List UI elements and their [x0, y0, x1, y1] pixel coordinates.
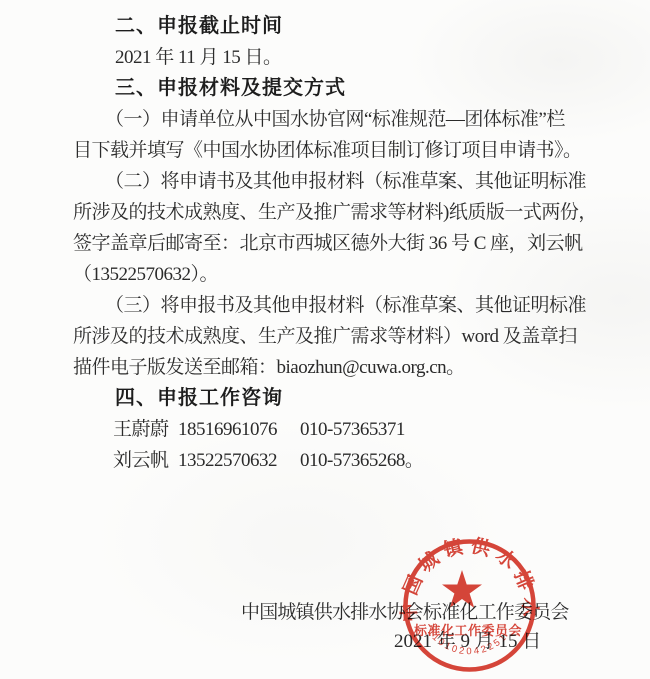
contact-name: 刘云帆: [113, 445, 178, 476]
contact-name: 王蔚蔚: [113, 414, 178, 445]
paragraph-2-line-1: （二）将申请书及其他申报材料（标准草案、其他证明标准: [73, 166, 585, 197]
section-heading-materials: 三、申报材料及提交方式: [73, 73, 585, 104]
paragraph-3-line-2: 所涉及的技术成熟度、生产及推广需求等材料）word 及盖章扫: [73, 321, 585, 352]
contact-phone: 010-57365371: [300, 414, 405, 445]
seal-star-icon: [442, 570, 482, 608]
contact-mobile: 18516961076: [178, 414, 300, 445]
section-heading-deadline: 二、申报截止时间: [73, 11, 585, 42]
paragraph-2-line-4: （13522570632）。: [73, 259, 585, 290]
contact-row-wang: 王蔚蔚 18516961076 010-57365371: [73, 414, 585, 445]
contact-phone: 010-57365268。: [300, 445, 423, 476]
seal-ring-text: 中国城镇供水排水协会: [399, 535, 540, 624]
paragraph-3-line-3: 描件电子版发送至邮箱：biaozhun@cuwa.org.cn。: [73, 352, 585, 383]
official-seal: 中国城镇供水排水协会 标准化工作委员会 110102042251: [399, 535, 540, 676]
paragraph-1-line-2: 目下载并填写《中国水协团体标准项目制订修订项目申请书》。: [73, 135, 585, 166]
contact-row-liu: 刘云帆 13522570632 010-57365268。: [73, 445, 585, 476]
paragraph-3-line-1: （三）将申报书及其他申报材料（标准草案、其他证明标准: [73, 290, 585, 321]
paragraph-1-line-1: （一）申请单位从中国水协官网“标准规范—团体标准”栏: [73, 104, 585, 135]
scanned-document-page: 二、申报截止时间 2021 年 11 月 15 日。 三、申报材料及提交方式 （…: [0, 0, 650, 679]
paragraph-2-line-2: 所涉及的技术成熟度、生产及推广需求等材料)纸质版一式两份，: [73, 197, 585, 228]
document-body: 二、申报截止时间 2021 年 11 月 15 日。 三、申报材料及提交方式 （…: [73, 11, 585, 476]
paragraph-2-line-3: 签字盖章后邮寄至：北京市西城区德外大街 36 号 C 座，刘云帆: [73, 228, 585, 259]
contact-mobile: 13522570632: [178, 445, 300, 476]
section-heading-consulting: 四、申报工作咨询: [73, 383, 585, 414]
deadline-date-line: 2021 年 11 月 15 日。: [73, 42, 585, 73]
